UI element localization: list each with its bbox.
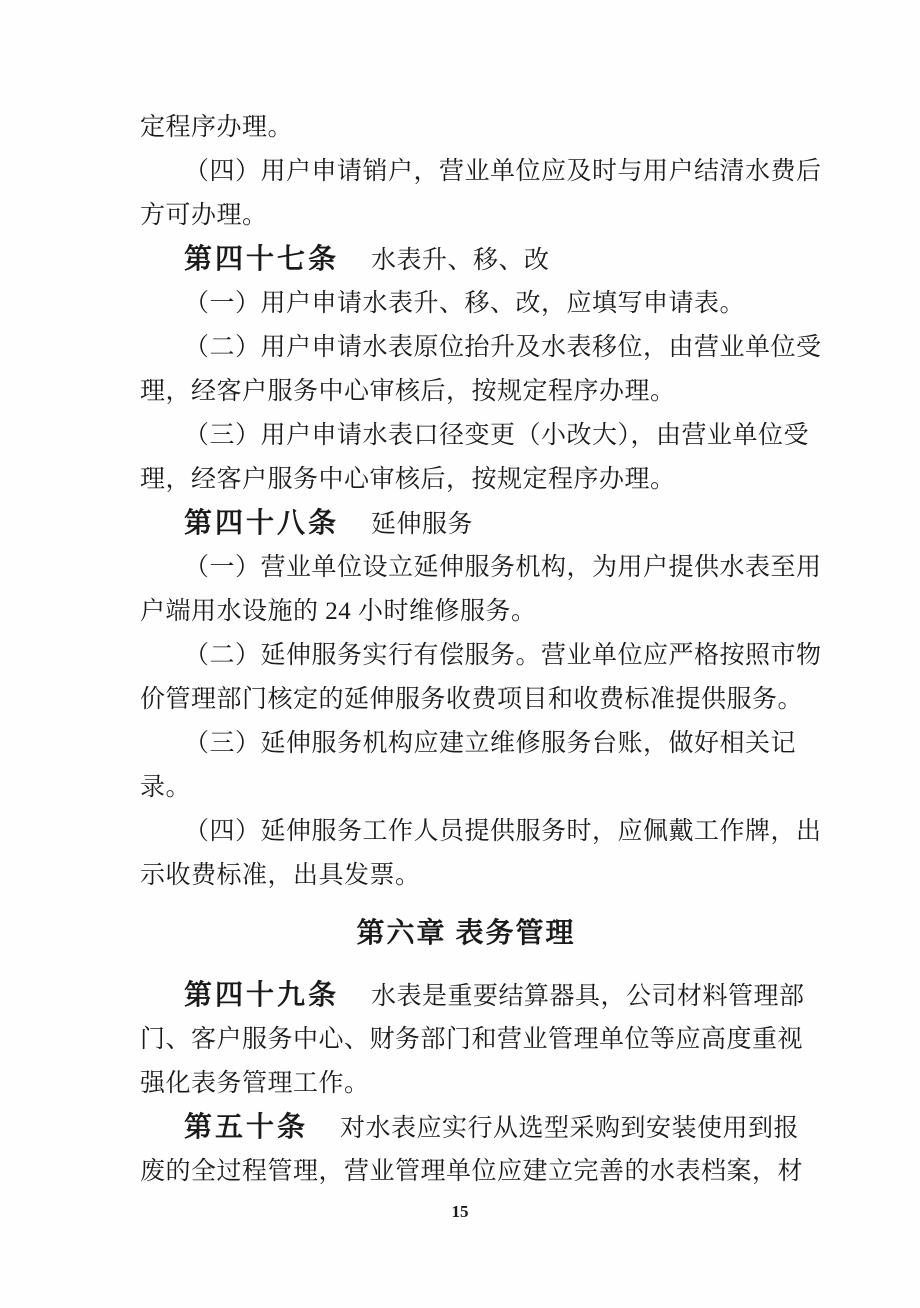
paragraph-line: （四）用户申请销户，营业单位应及时与用户结清水费后: [140, 150, 792, 194]
article-title: 水表升、移、改: [371, 247, 550, 274]
article-number: 第五十条: [184, 1112, 308, 1143]
paragraph-line: （一）营业单位设立延伸服务机构，为用户提供水表至用: [140, 546, 792, 590]
body-text-line: 录。: [140, 766, 792, 810]
paragraph-line: （四）延伸服务工作人员提供服务时，应佩戴工作牌，出: [140, 810, 792, 854]
body-text-line: 理，经客户服务中心审核后，按规定程序办理。: [140, 458, 792, 502]
article-text: 水表是重要结算器具，公司材料管理部: [371, 983, 805, 1010]
body-text-line: 门、客户服务中心、财务部门和营业管理单位等应高度重视: [140, 1018, 792, 1062]
paragraph-line: （三）延伸服务机构应建立维修服务台账，做好相关记: [140, 722, 792, 766]
paragraph-line: （二）用户申请水表原位抬升及水表移位，由营业单位受: [140, 326, 792, 370]
body-text-line: 强化表务管理工作。: [140, 1062, 792, 1106]
body-text-line: 户端用水设施的 24 小时维修服务。: [140, 590, 792, 634]
body-text-line: 定程序办理。: [140, 106, 792, 150]
chapter-6-heading: 第六章 表务管理: [140, 910, 792, 958]
article-number: 第四十八条: [184, 508, 339, 539]
page-number: 15: [0, 1202, 920, 1222]
paragraph-line: （一）用户申请水表升、移、改，应填写申请表。: [140, 282, 792, 326]
article-47-heading: 第四十七条水表升、移、改: [140, 238, 792, 282]
article-48-heading: 第四十八条延伸服务: [140, 502, 792, 546]
body-text-line: 示收费标准，出具发票。: [140, 854, 792, 898]
paragraph-line: （三）用户申请水表口径变更（小改大），由营业单位受: [140, 414, 792, 458]
paragraph-line: （二）延伸服务实行有偿服务。营业单位应严格按照市物: [140, 634, 792, 678]
article-number: 第四十九条: [184, 980, 339, 1011]
page-content: 定程序办理。 （四）用户申请销户，营业单位应及时与用户结清水费后 方可办理。 第…: [0, 0, 920, 1194]
article-49-heading: 第四十九条水表是重要结算器具，公司材料管理部: [140, 974, 792, 1018]
body-text-line: 废的全过程管理，营业管理单位应建立完善的水表档案，材: [140, 1150, 792, 1194]
article-text: 对水表应实行从选型采购到安装使用到报: [340, 1115, 799, 1142]
article-number: 第四十七条: [184, 244, 339, 275]
article-title: 延伸服务: [371, 511, 473, 538]
document-page: 定程序办理。 （四）用户申请销户，营业单位应及时与用户结清水费后 方可办理。 第…: [0, 0, 920, 1308]
body-text-line: 方可办理。: [140, 194, 792, 238]
article-50-heading: 第五十条对水表应实行从选型采购到安装使用到报: [140, 1106, 792, 1150]
body-text-line: 价管理部门核定的延伸服务收费项目和收费标准提供服务。: [140, 678, 792, 722]
body-text-line: 理，经客户服务中心审核后，按规定程序办理。: [140, 370, 792, 414]
